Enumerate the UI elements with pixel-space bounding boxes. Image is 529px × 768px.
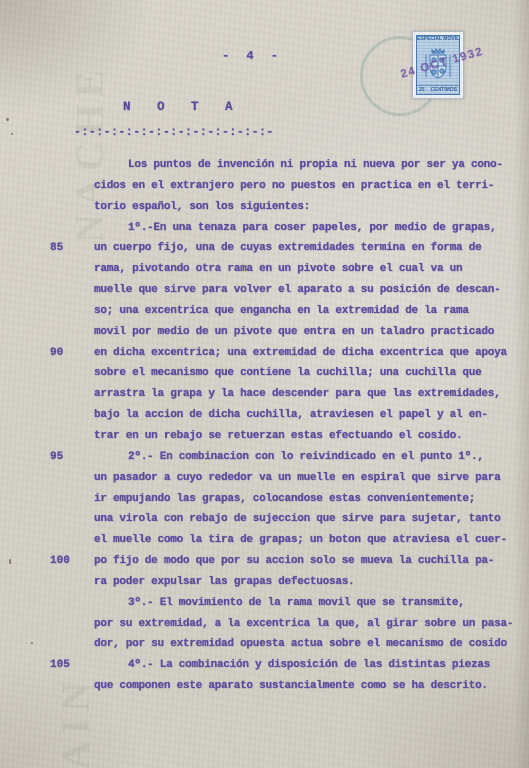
document-line: bajo la accion de dicha cuchilla, atravi… <box>94 405 526 426</box>
document-line: 952º.- En combinacion con lo reivindicad… <box>94 447 526 468</box>
line-text: que componen este aparato sustancialment… <box>94 680 488 692</box>
document-line: ra poder expulsar las grapas defectuosas… <box>94 572 526 593</box>
page-number: - 4 - <box>222 49 283 63</box>
separator-line: -:-:-:-:-:-:-:-:-:-:-:-:-:- <box>74 126 274 139</box>
document-line: cidos en el extranjero pero no puestos e… <box>94 176 526 197</box>
line-text: cidos en el extranjero pero no puestos e… <box>94 180 494 192</box>
document-line: arrastra la grapa y la hace descender pa… <box>94 384 526 405</box>
margin-line-number: 100 <box>50 551 86 572</box>
nota-heading: N O T A <box>123 100 242 114</box>
document-line: 100po fijo de modo que por su accion sol… <box>94 551 526 572</box>
line-text: muelle que sirve para volver el aparato … <box>94 284 500 296</box>
line-text: sobre el mecanismo que contiene la cuchi… <box>94 367 481 379</box>
line-text: torio español, son los siguientes: <box>94 201 310 213</box>
line-text: 4º.- La combinación y disposición de las… <box>128 659 490 671</box>
line-text: so; una excentrica que engancha en la ex… <box>94 305 469 317</box>
line-text: arrastra la grapa y la hace descender pa… <box>94 388 500 400</box>
document-line: movil por medio de un pivote que entra e… <box>94 322 526 343</box>
ink-speck <box>9 559 11 564</box>
line-text: ir empujando las grapas, colocandose est… <box>94 493 475 505</box>
document-line: rama, pivotando otra rama en un pivote s… <box>94 259 526 280</box>
line-text: un pasador a cuyo rededor va un muelle e… <box>94 472 500 484</box>
line-text: 1º.-En una tenaza para coser papeles, po… <box>128 222 496 234</box>
document-line: que componen este aparato sustancialment… <box>94 676 526 697</box>
ink-speck <box>6 118 9 121</box>
line-text: ra poder expulsar las grapas defectuosas… <box>94 576 354 588</box>
document-line: sobre el mecanismo que contiene la cuchi… <box>94 363 526 384</box>
line-text: bajo la accion de dicha cuchilla, atravi… <box>94 409 488 421</box>
ink-speck <box>31 642 33 644</box>
margin-line-number: 90 <box>50 343 86 364</box>
document-line: 1º.-En una tenaza para coser papeles, po… <box>94 218 526 239</box>
line-text: 2º.- En combinacion con lo reivindicado … <box>128 451 484 463</box>
line-text: una virola con rebajo de sujeccion que s… <box>94 513 500 525</box>
line-text: movil por medio de un pivote que entra e… <box>94 326 494 338</box>
document-line: 85un cuerpo fijo, una de cuyas extremida… <box>94 238 526 259</box>
margin-line-number: 105 <box>50 655 86 676</box>
stamp-denomination: 25 CENTIMOS <box>417 85 459 94</box>
document-line: el muelle como la tira de grapas; un bot… <box>94 530 526 551</box>
document-line: Los puntos de invención ni propia ni nue… <box>94 155 526 176</box>
line-text: dor, por su extremidad opuesta actua sob… <box>94 638 507 650</box>
document-body: Los puntos de invención ni propia ni nue… <box>94 155 526 697</box>
document-line: ir empujando las grapas, colocandose est… <box>94 489 526 510</box>
document-line: muelle que sirve para volver el aparato … <box>94 280 526 301</box>
ink-speck <box>11 133 13 135</box>
margin-line-number: 95 <box>50 447 86 468</box>
document-line: 3º.- El movimiento de la rama movil que … <box>94 593 526 614</box>
line-text: trar en un rebajo se retuerzan estas efe… <box>94 430 462 442</box>
document-line: so; una excentrica que engancha en la ex… <box>94 301 526 322</box>
bleedthrough-letters-bottom: AIN <box>52 678 99 768</box>
stamp-value-unit: CENTIMOS <box>431 86 457 94</box>
stamp-title-text: ESPECIAL MOVIL <box>417 36 459 43</box>
line-text: po fijo de modo que por su accion solo s… <box>94 555 494 567</box>
document-line: 1054º.- La combinación y disposición de … <box>94 655 526 676</box>
line-text: el muelle como la tira de grapas; un bot… <box>94 534 507 546</box>
line-text: Los puntos de invención ni propia ni nue… <box>128 159 503 171</box>
document-line: por su extremidad, a la excentrica la qu… <box>94 614 526 635</box>
margin-line-number: 85 <box>50 238 86 259</box>
scanned-document-page: NACHE AIN - 4 - ESPECIAL MOVIL <box>0 0 529 768</box>
document-line: dor, por su extremidad opuesta actua sob… <box>94 634 526 655</box>
stamp-value: 25 <box>419 86 425 94</box>
line-text: rama, pivotando otra rama en un pivote s… <box>94 263 462 275</box>
document-line: torio español, son los siguientes: <box>94 197 526 218</box>
line-text: 3º.- El movimiento de la rama movil que … <box>128 597 465 609</box>
document-line: trar en un rebajo se retuerzan estas efe… <box>94 426 526 447</box>
document-line: 90en dicha excentrica; una extremidad de… <box>94 343 526 364</box>
document-line: una virola con rebajo de sujeccion que s… <box>94 509 526 530</box>
line-text: por su extremidad, a la excentrica la qu… <box>94 618 513 630</box>
document-line: un pasador a cuyo rededor va un muelle e… <box>94 468 526 489</box>
line-text: un cuerpo fijo, una de cuyas extremidade… <box>94 242 481 254</box>
line-text: en dicha excentrica; una extremidad de d… <box>94 347 507 359</box>
